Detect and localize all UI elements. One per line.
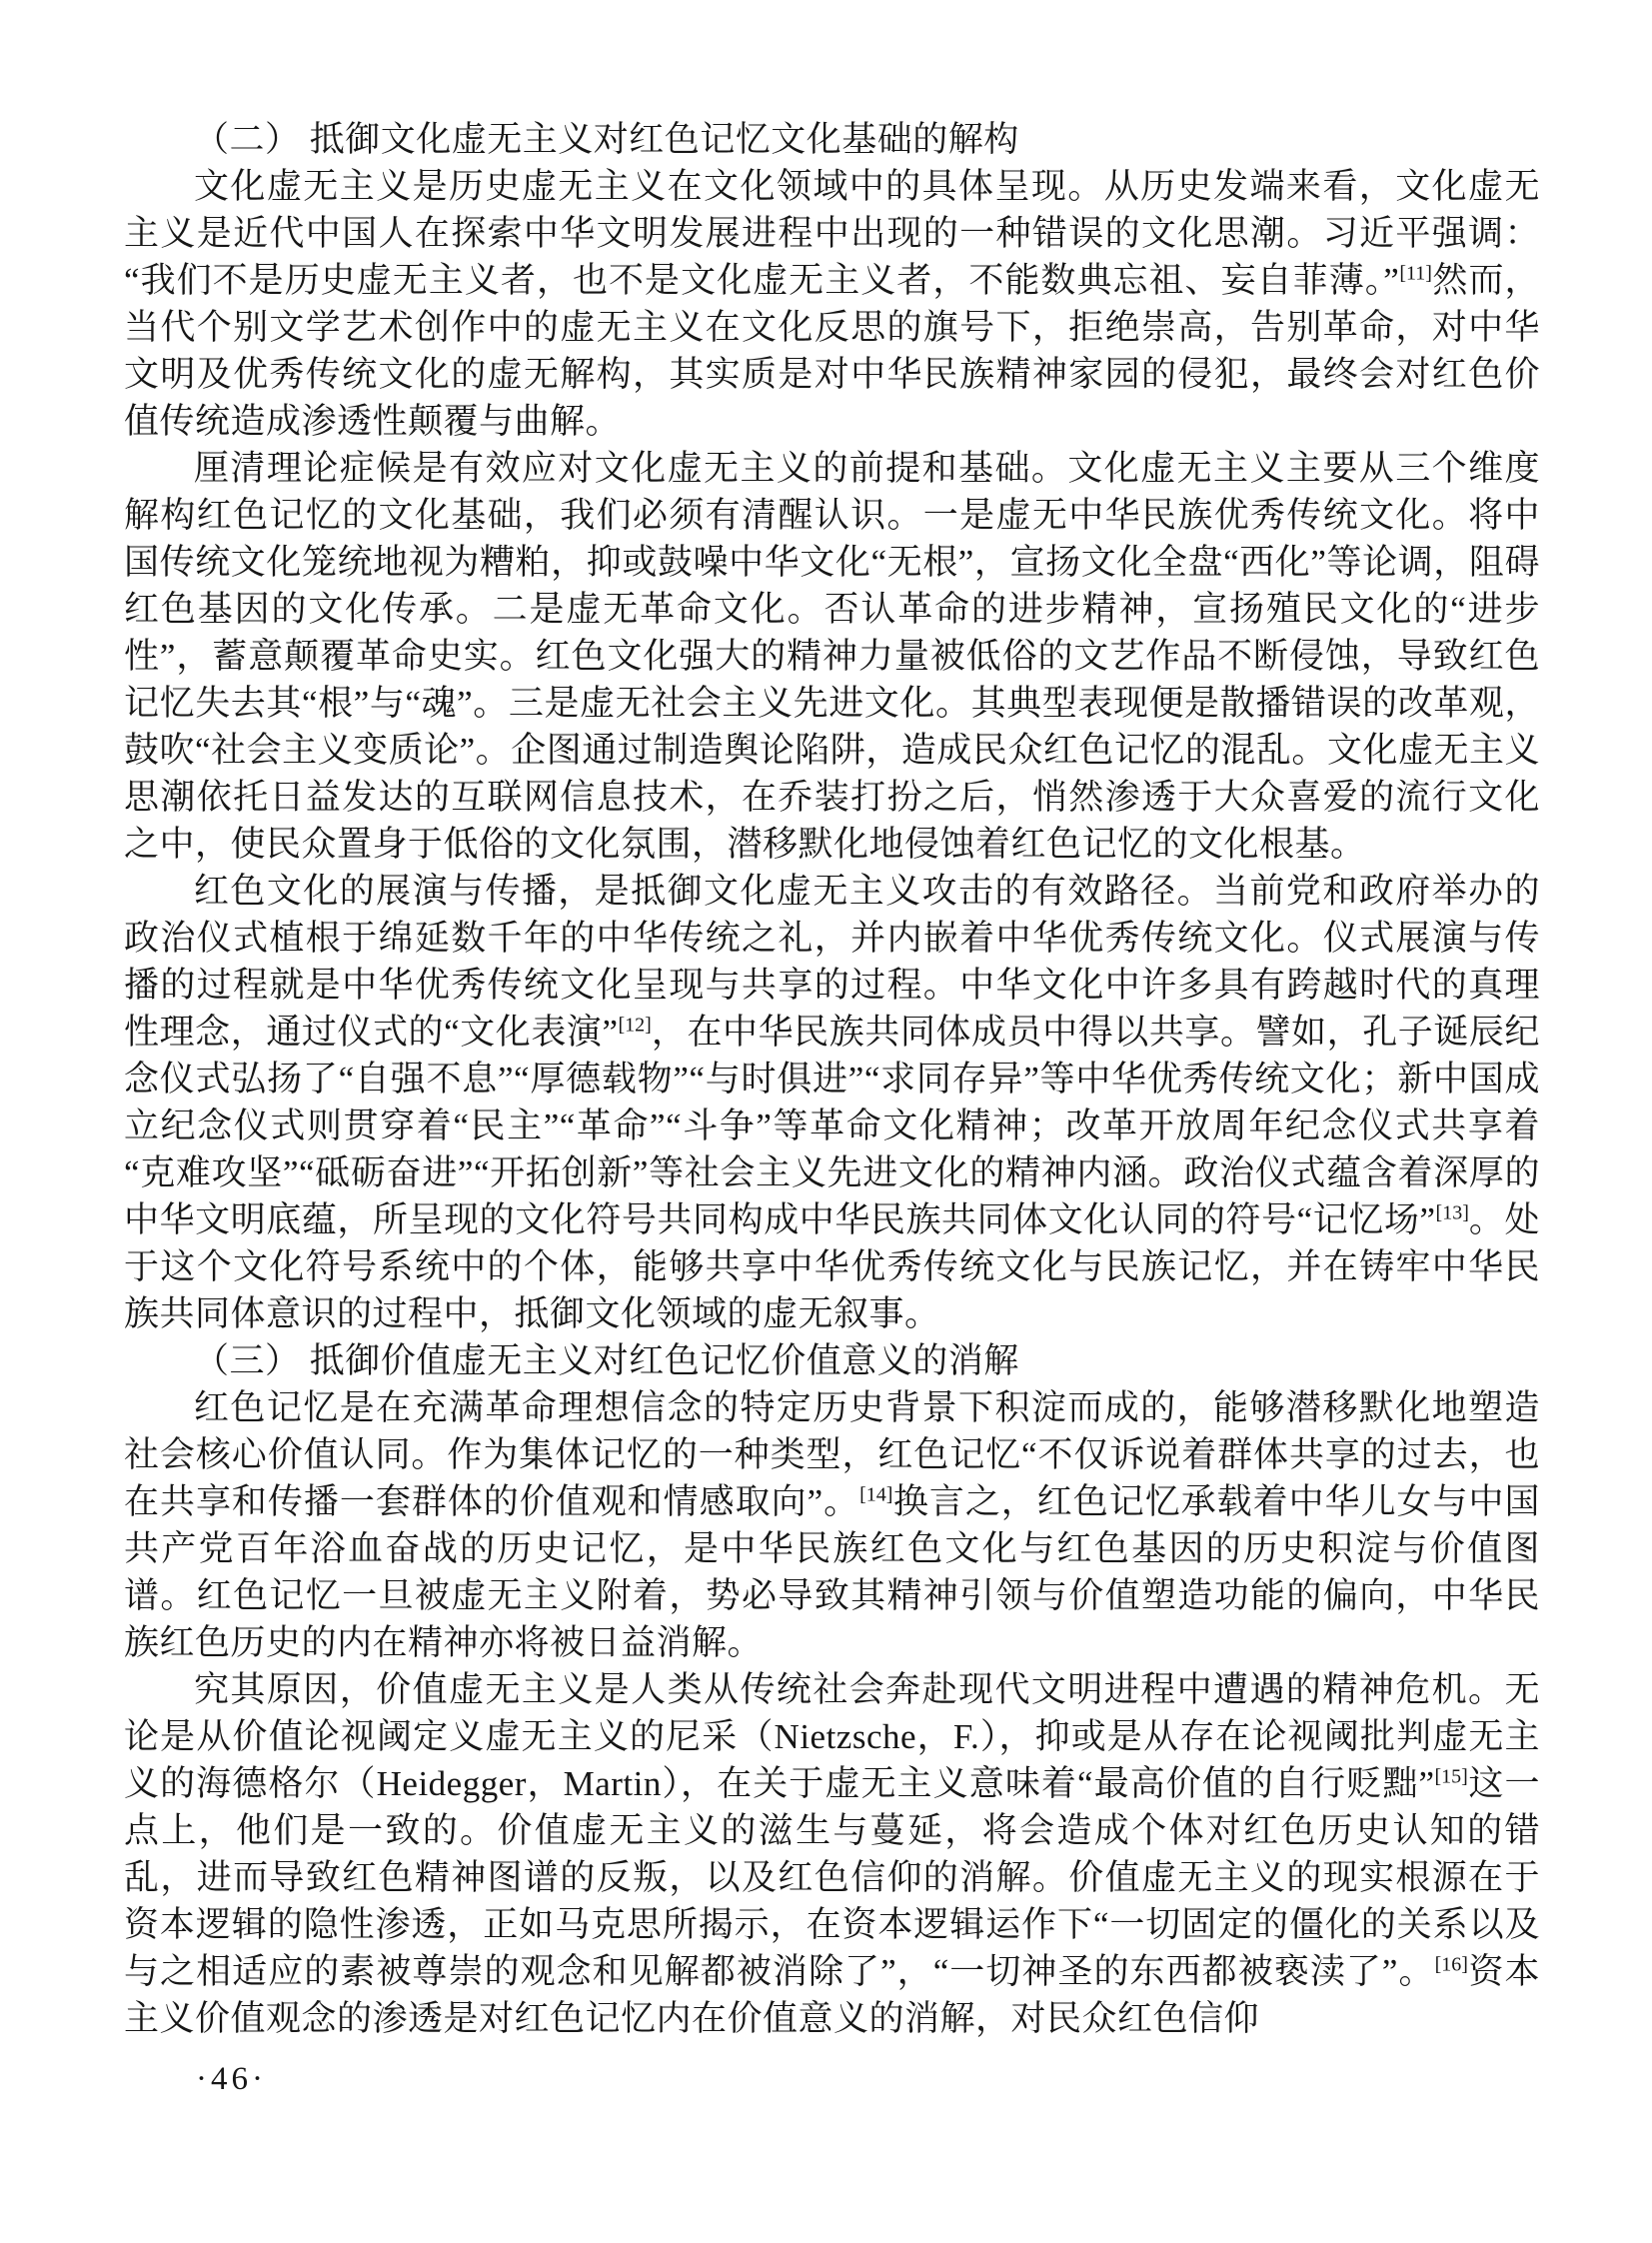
footnote-marker: [12]	[619, 1014, 652, 1036]
footnote-marker: [11]	[1399, 262, 1432, 284]
footnote-marker: [14]	[859, 1483, 892, 1505]
paragraph: 红色文化的展演与传播，是抵御文化虚无主义攻击的有效路径。当前党和政府举办的政治仪…	[124, 868, 1540, 1337]
paragraph: 究其原因，价值虚无主义是人类从传统社会奔赴现代文明进程中遭遇的精神危机。无论是从…	[124, 1666, 1540, 2042]
footnote-marker: [13]	[1436, 1201, 1469, 1223]
document-page: （二） 抵御文化虚无主义对红色记忆文化基础的解构文化虚无主义是历史虚无主义在文化…	[0, 0, 1652, 2243]
paragraph: 红色记忆是在充满革命理想信念的特定历史背景下积淀而成的，能够潜移默化地塑造社会核…	[124, 1384, 1540, 1666]
section-heading: （三） 抵御价值虚无主义对红色记忆价值意义的消解	[124, 1337, 1540, 1384]
paragraph: 厘清理论症候是有效应对文化虚无主义的前提和基础。文化虚无主义主要从三个维度解构红…	[124, 445, 1540, 868]
article-body: （二） 抵御文化虚无主义对红色记忆文化基础的解构文化虚无主义是历史虚无主义在文化…	[124, 116, 1540, 2042]
footnote-marker: [16]	[1435, 1953, 1468, 1975]
footnote-marker: [15]	[1434, 1765, 1467, 1787]
page-number: ·46·	[196, 2061, 267, 2098]
paragraph: 文化虚无主义是历史虚无主义在文化领域中的具体呈现。从历史发端来看，文化虚无主义是…	[124, 163, 1540, 445]
section-heading: （二） 抵御文化虚无主义对红色记忆文化基础的解构	[124, 116, 1540, 163]
